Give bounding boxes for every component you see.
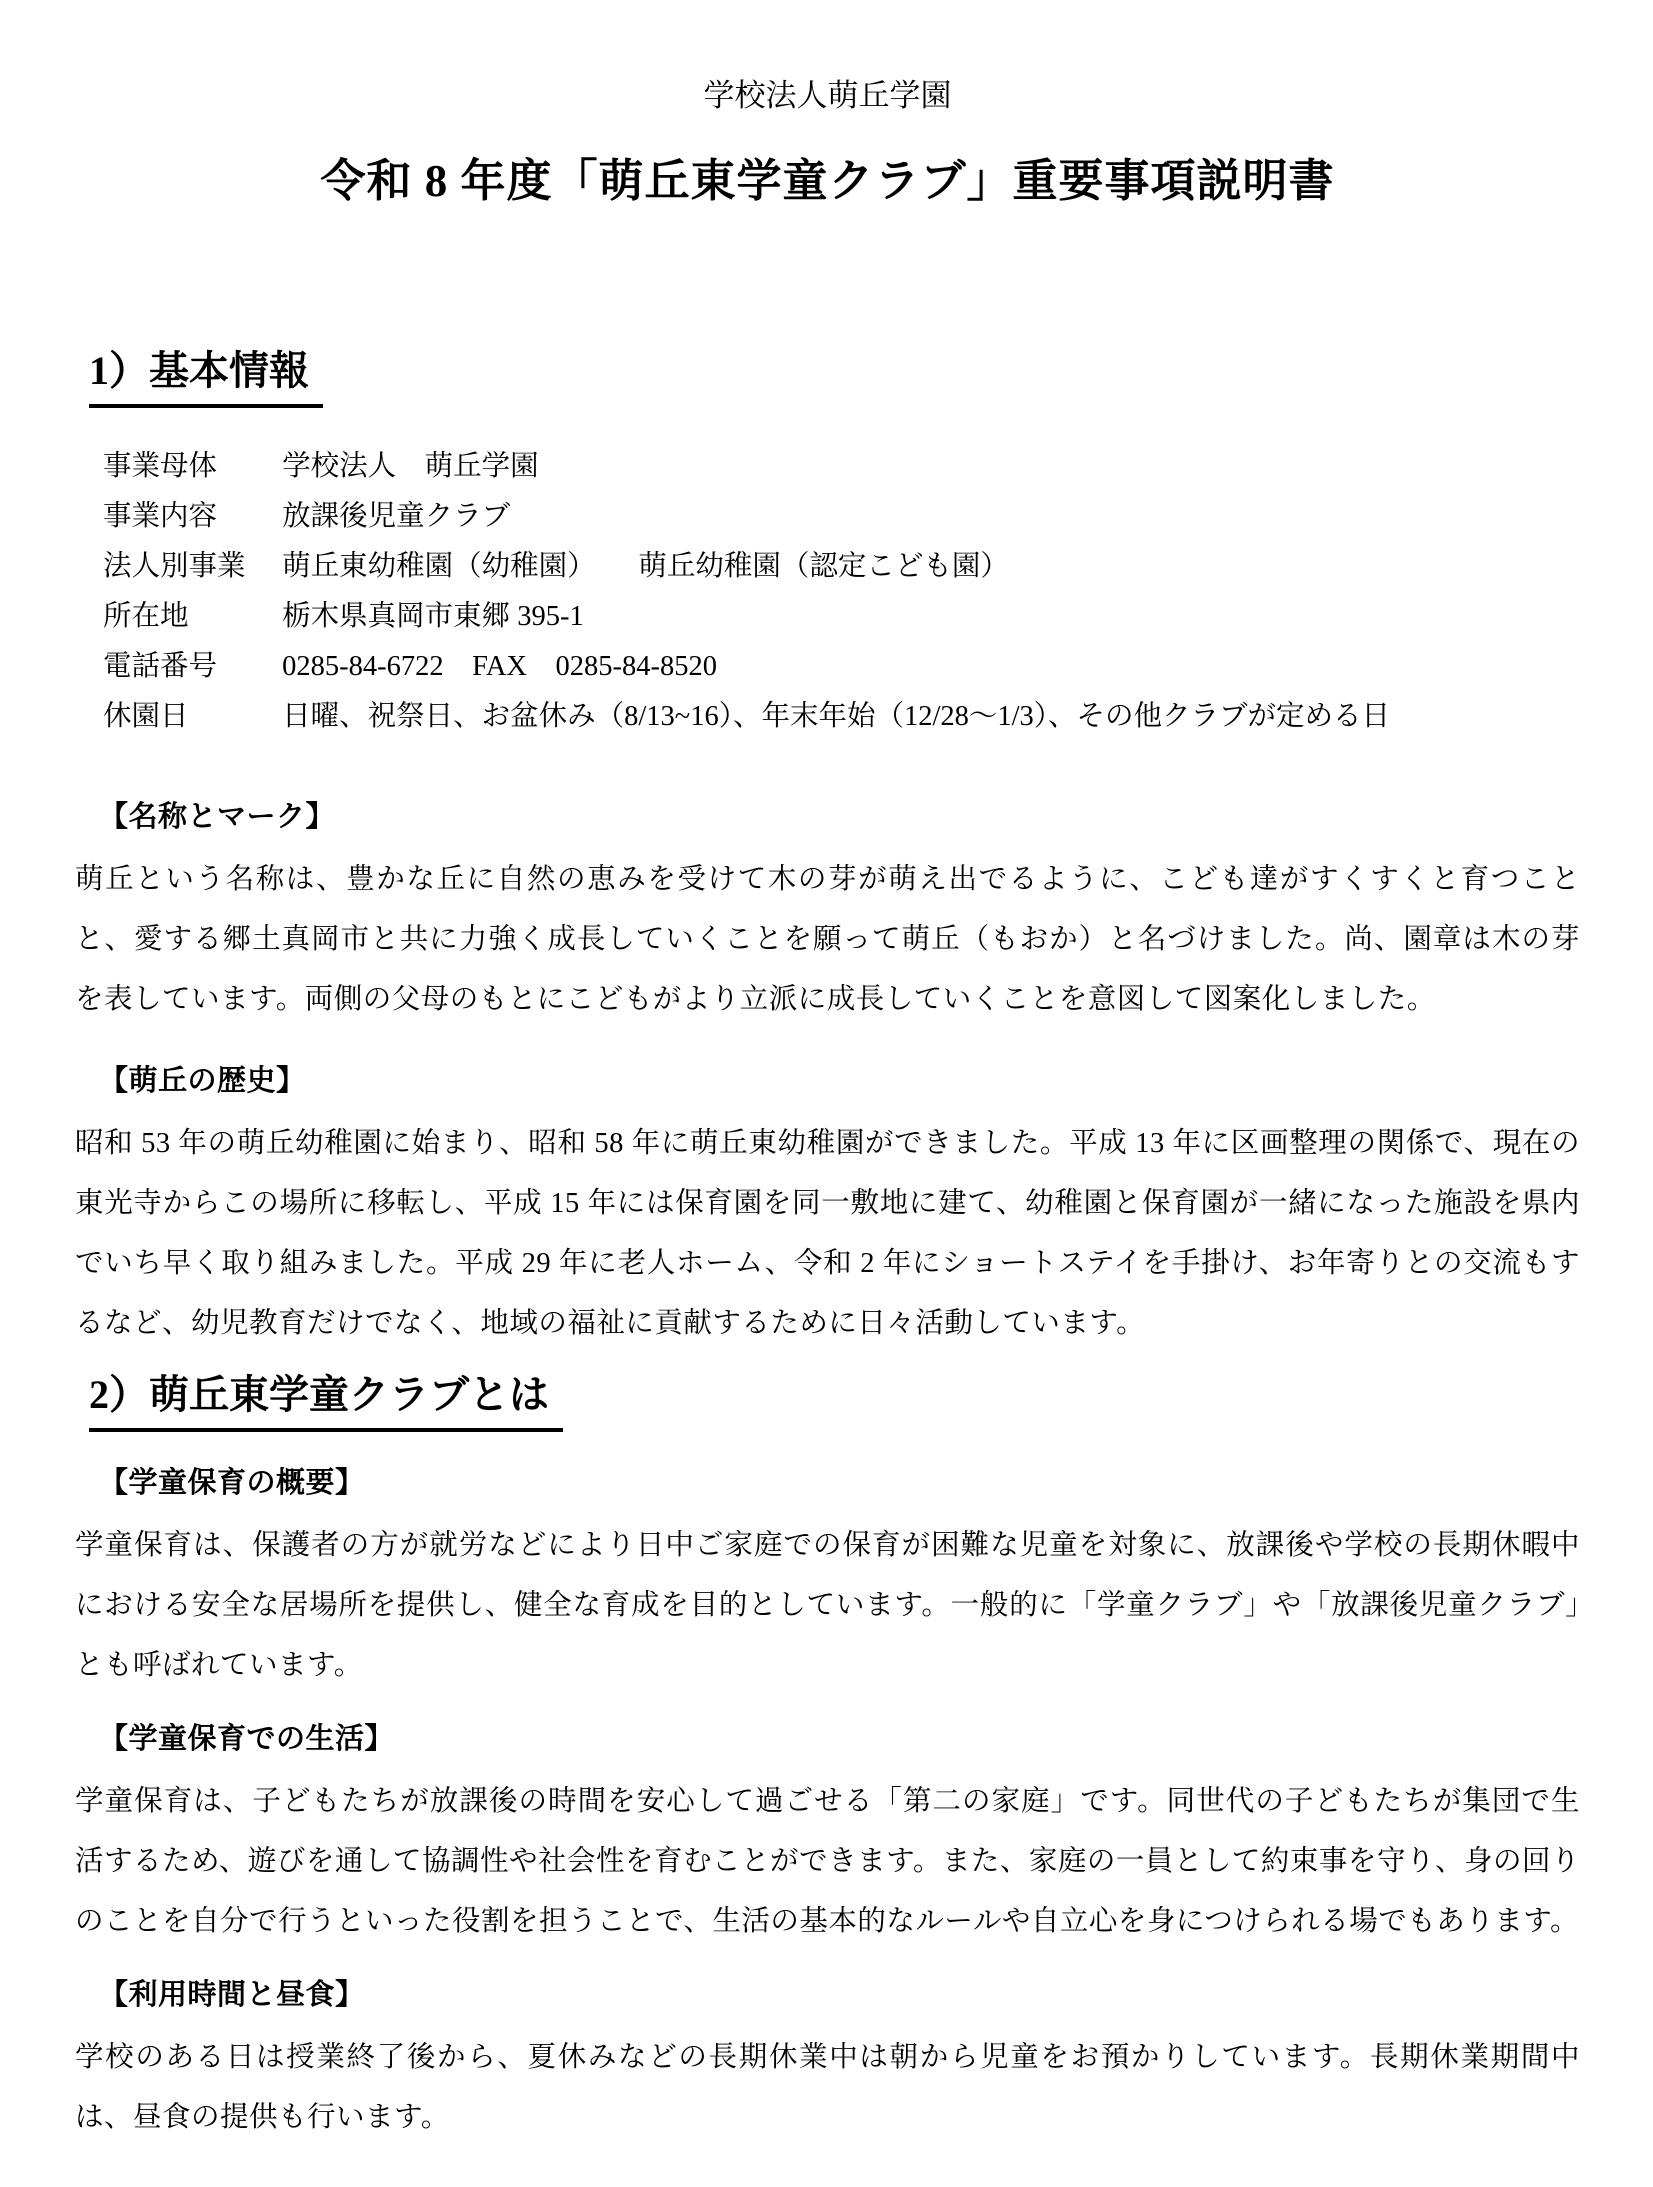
info-row-address: 所在地 栃木県真岡市東郷 395-1 <box>103 592 1580 642</box>
section-1-heading: 1）基本情報 <box>89 344 1580 408</box>
info-row-business-parent: 事業母体 学校法人 萌丘学園 <box>103 442 1580 492</box>
info-label: 休園日 <box>103 692 275 742</box>
info-value: 学校法人 萌丘学園 <box>282 442 539 492</box>
info-label: 電話番号 <box>103 642 275 692</box>
info-row-closed-days: 休園日 日曜、祝祭日、お盆休み（8/13~16）、年末年始（12/28〜1/3）… <box>103 692 1580 742</box>
spacer <box>75 742 1580 766</box>
subsection-heading-gakudo-overview: 【学童保育の概要】 <box>99 1462 1580 1504</box>
document-title: 令和 8 年度「萌丘東学童クラブ」重要事項説明書 <box>75 148 1580 214</box>
document-page: 学校法人萌丘学園 令和 8 年度「萌丘東学童クラブ」重要事項説明書 1）基本情報… <box>0 0 1653 2187</box>
section-2-heading: 2）萌丘東学童クラブとは <box>89 1368 1580 1432</box>
section-2-heading-text: 2）萌丘東学童クラブとは <box>89 1368 563 1432</box>
info-value: 栃木県真岡市東郷 395-1 <box>282 592 584 642</box>
paragraph-hours-and-lunch: 学校のある日は授業終了後から、夏休みなどの長期休業中は朝から児童をお預かりしてい… <box>75 2028 1580 2148</box>
paragraph-name-and-mark: 萌丘という名称は、豊かな丘に自然の恵みを受けて木の芽が萌え出でるように、こども達… <box>75 850 1580 1030</box>
paragraph-gakudo-life: 学童保育は、子どもたちが放課後の時間を安心して過ごせる「第二の家庭」です。同世代… <box>75 1772 1580 1952</box>
subsection-heading-gakudo-life: 【学童保育での生活】 <box>99 1718 1580 1760</box>
info-row-phone: 電話番号 0285-84-6722 FAX 0285-84-8520 <box>103 642 1580 692</box>
info-value: 0285-84-6722 FAX 0285-84-8520 <box>282 642 717 692</box>
info-value: 日曜、祝祭日、お盆休み（8/13~16）、年末年始（12/28〜1/3）、その他… <box>282 692 1390 742</box>
subsection-heading-history: 【萌丘の歴史】 <box>99 1060 1580 1102</box>
info-label: 所在地 <box>103 592 275 642</box>
basic-info-list: 事業母体 学校法人 萌丘学園 事業内容 放課後児童クラブ 法人別事業 萌丘東幼稚… <box>103 442 1580 742</box>
section-1-heading-text: 1）基本情報 <box>89 344 323 408</box>
info-label: 法人別事業 <box>103 542 275 592</box>
info-label: 事業母体 <box>103 442 275 492</box>
paragraph-history: 昭和 53 年の萌丘幼稚園に始まり、昭和 58 年に萌丘東幼稚園ができました。平… <box>75 1114 1580 1354</box>
organization-header: 学校法人萌丘学園 <box>75 76 1580 116</box>
paragraph-gakudo-overview: 学童保育は、保護者の方が就労などにより日中ご家庭での保育が困難な児童を対象に、放… <box>75 1516 1580 1696</box>
info-label: 事業内容 <box>103 492 275 542</box>
info-row-business-content: 事業内容 放課後児童クラブ <box>103 492 1580 542</box>
info-value: 萌丘東幼稚園（幼稚園） 萌丘幼稚園（認定こども園） <box>282 542 1009 592</box>
info-row-affiliated-business: 法人別事業 萌丘東幼稚園（幼稚園） 萌丘幼稚園（認定こども園） <box>103 542 1580 592</box>
subsection-heading-name-and-mark: 【名称とマーク】 <box>99 796 1580 838</box>
info-value: 放課後児童クラブ <box>282 492 510 542</box>
subsection-heading-hours-and-lunch: 【利用時間と昼食】 <box>99 1974 1580 2016</box>
